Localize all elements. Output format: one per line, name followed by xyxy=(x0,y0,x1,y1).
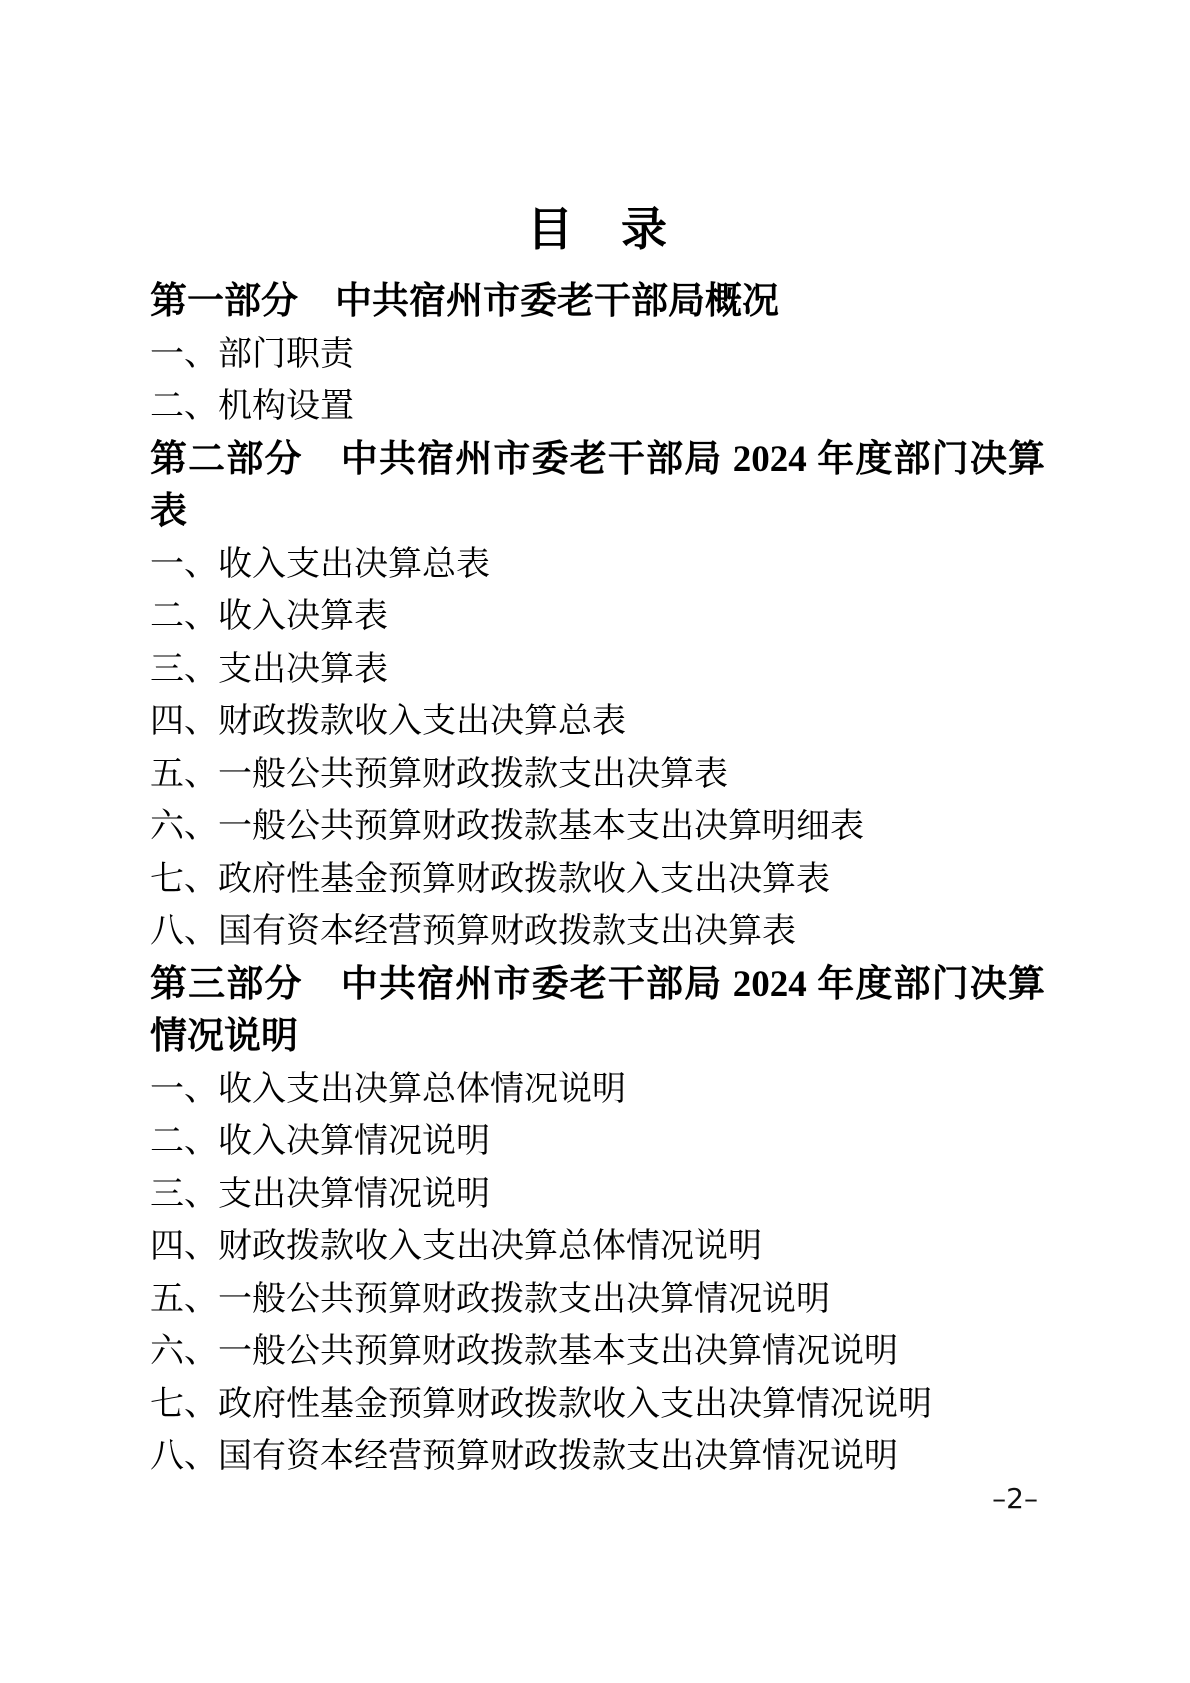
toc-item: 一、收入支出决算总体情况说明 xyxy=(150,1064,1045,1117)
toc-item: 六、一般公共预算财政拨款基本支出决算明细表 xyxy=(150,801,1045,854)
toc-item: 七、政府性基金预算财政拨款收入支出决算情况说明 xyxy=(150,1379,1045,1432)
toc-item: 五、一般公共预算财政拨款支出决算表 xyxy=(150,749,1045,802)
toc-item: 八、国有资本经营预算财政拨款支出决算表 xyxy=(150,906,1045,959)
toc-list: 第一部分 中共宿州市委老干部局概况一、部门职责二、机构设置第二部分 中共宿州市委… xyxy=(150,276,1045,1484)
page-number: –2– xyxy=(992,1482,1038,1516)
toc-item: 二、机构设置 xyxy=(150,381,1045,434)
toc-item: 二、收入决算情况说明 xyxy=(150,1116,1045,1169)
toc-item: 四、财政拨款收入支出决算总体情况说明 xyxy=(150,1221,1045,1274)
toc-section-heading: 第一部分 中共宿州市委老干部局概况 xyxy=(150,276,1045,329)
toc-section-heading: 第三部分 中共宿州市委老干部局 2024 年度部门决算情况说明 xyxy=(150,959,1045,1064)
toc-item: 三、支出决算情况说明 xyxy=(150,1169,1045,1222)
toc-item: 六、一般公共预算财政拨款基本支出决算情况说明 xyxy=(150,1326,1045,1379)
toc-item: 七、政府性基金预算财政拨款收入支出决算表 xyxy=(150,854,1045,907)
toc-item: 一、收入支出决算总表 xyxy=(150,539,1045,592)
toc-item: 一、部门职责 xyxy=(150,329,1045,382)
toc-item: 八、国有资本经营预算财政拨款支出决算情况说明 xyxy=(150,1431,1045,1484)
toc-item: 二、收入决算表 xyxy=(150,591,1045,644)
toc-item: 三、支出决算表 xyxy=(150,644,1045,697)
document-page: 目 录 第一部分 中共宿州市委老干部局概况一、部门职责二、机构设置第二部分 中共… xyxy=(0,0,1190,1683)
toc-section-heading: 第二部分 中共宿州市委老干部局 2024 年度部门决算表 xyxy=(150,434,1045,539)
toc-item: 五、一般公共预算财政拨款支出决算情况说明 xyxy=(150,1274,1045,1327)
toc-item: 四、财政拨款收入支出决算总表 xyxy=(150,696,1045,749)
page-title: 目 录 xyxy=(150,198,1045,260)
toc-content: 目 录 第一部分 中共宿州市委老干部局概况一、部门职责二、机构设置第二部分 中共… xyxy=(150,198,1045,1484)
